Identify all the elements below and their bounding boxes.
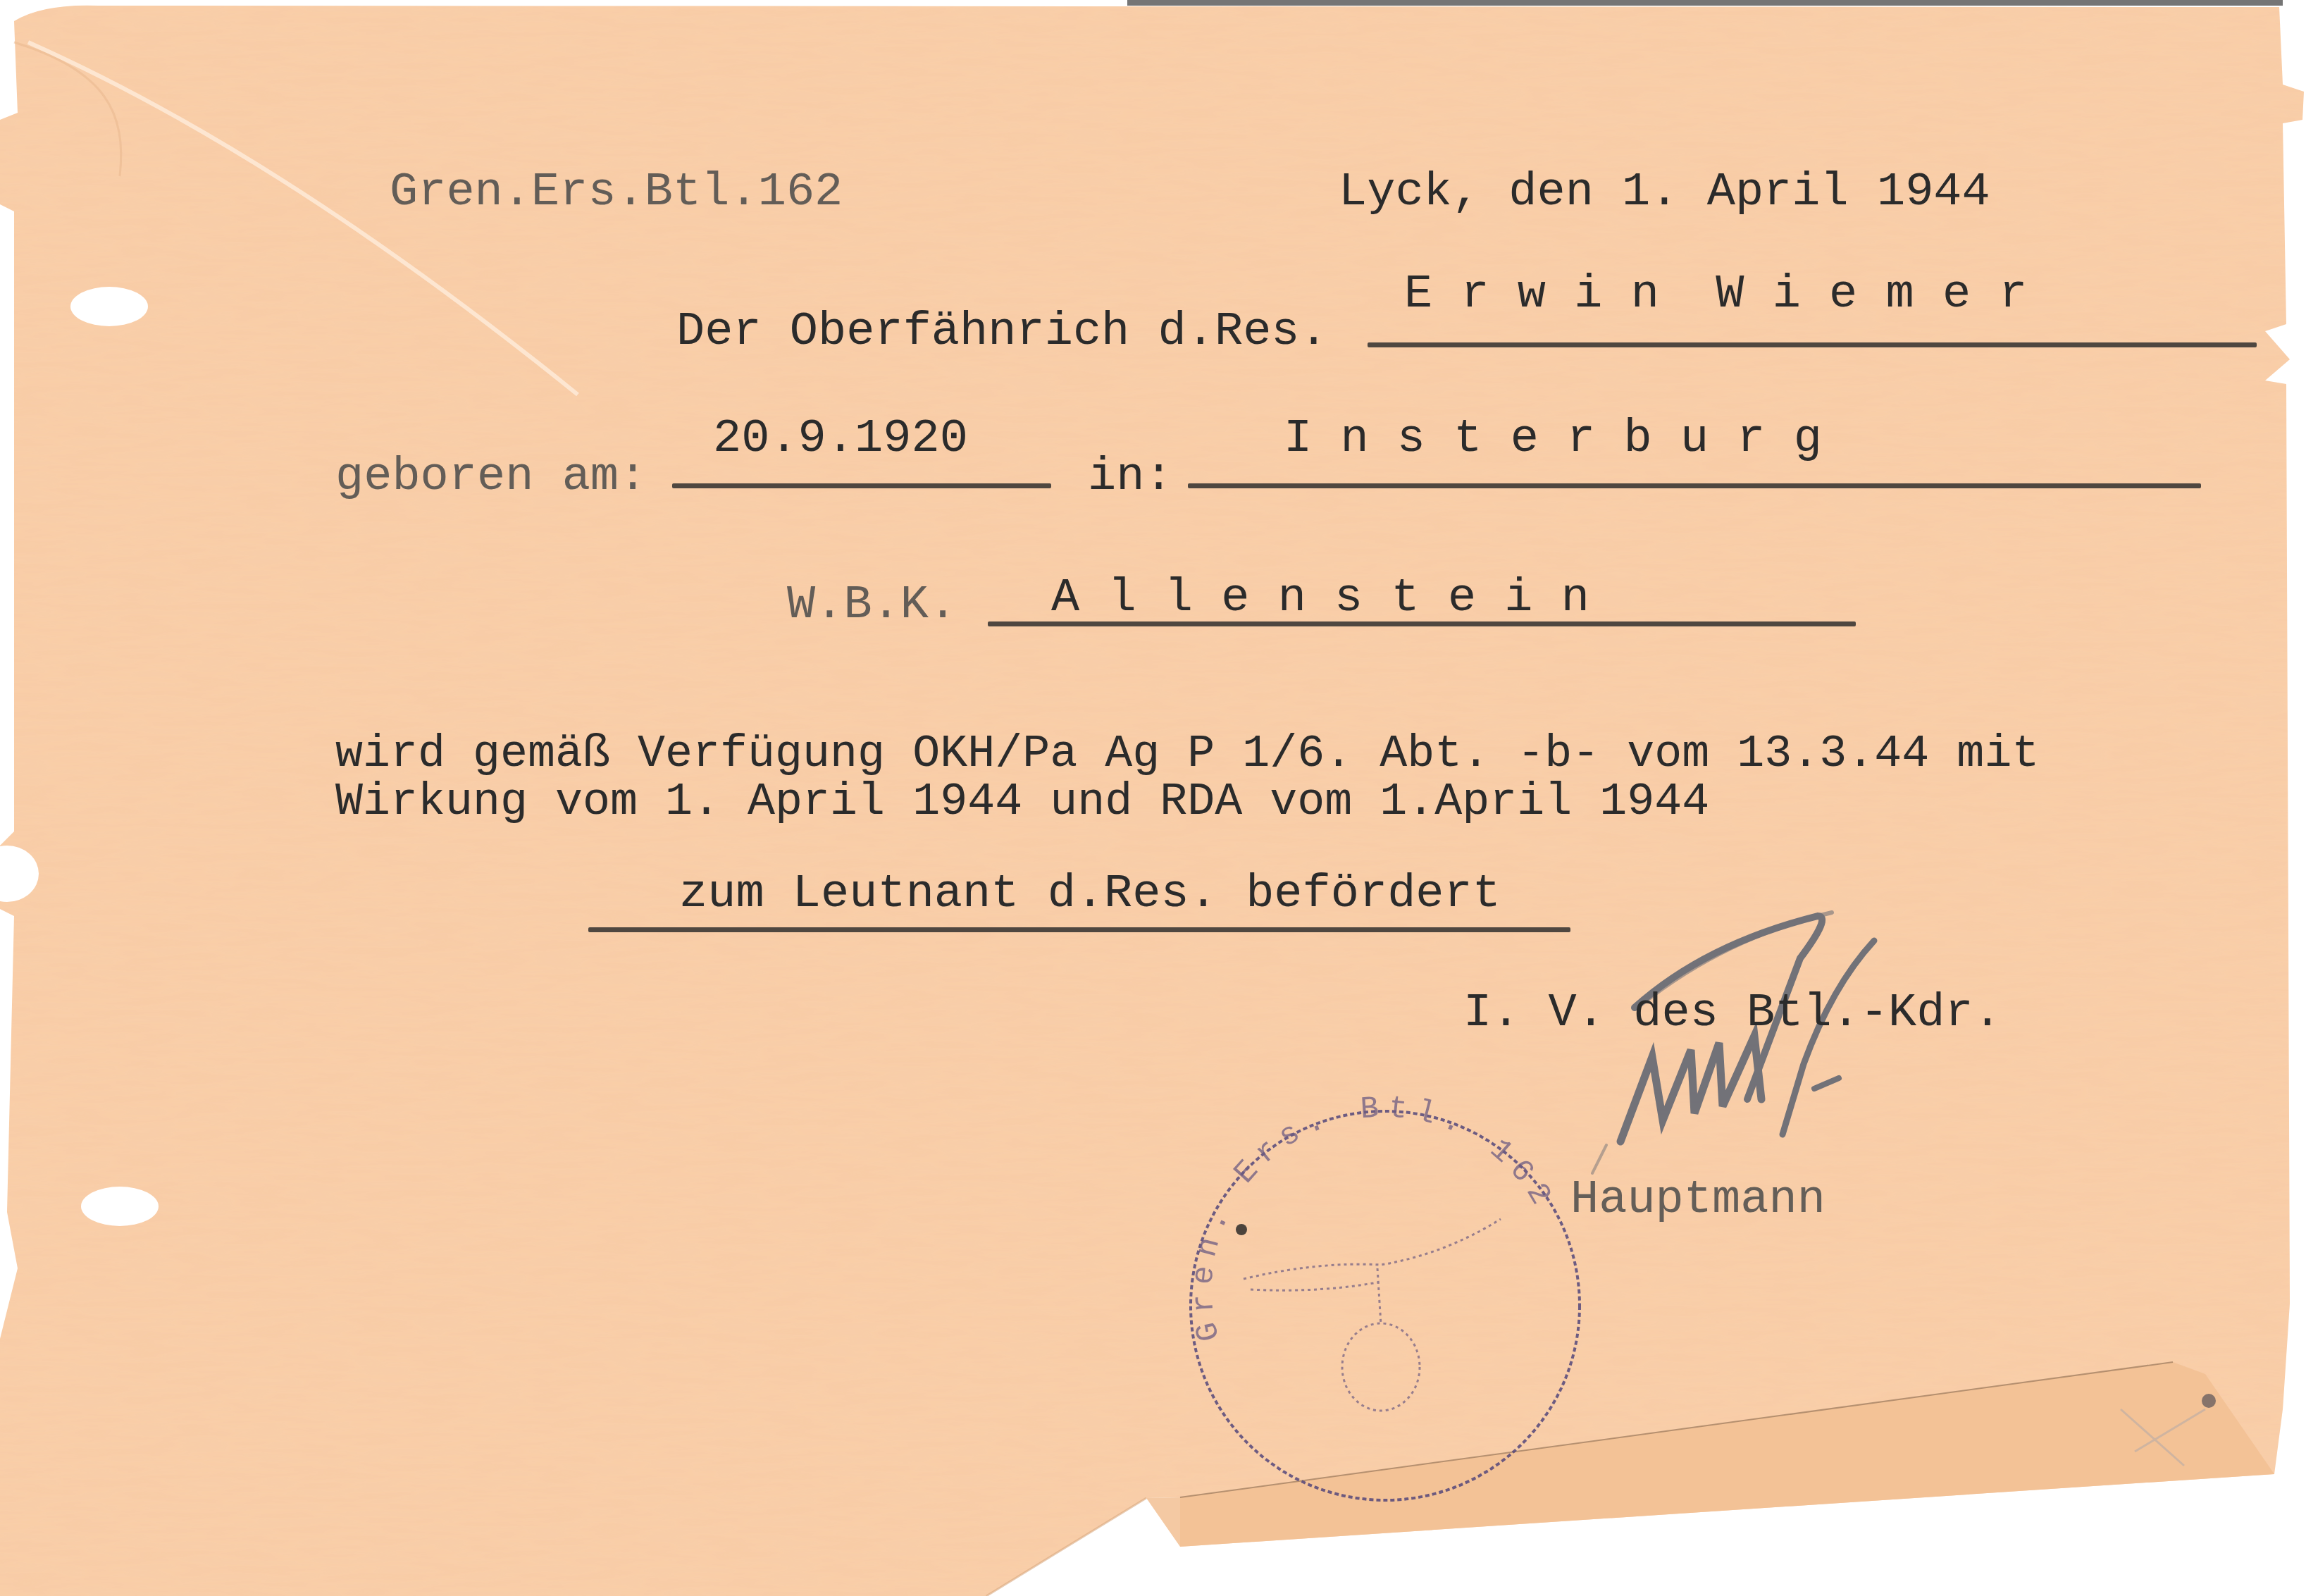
name-underline [1368, 342, 2257, 347]
name-value: E r w i n W i e m e r [1404, 271, 2028, 318]
place-and-date: Lyck, den 1. April 1944 [1339, 169, 1990, 216]
document-scan: Gren. Ers. Btl. 162 Gren.Ers.Btl.162 Lyc… [0, 0, 2306, 1596]
body-line-2: Wirkung vom 1. April 1944 und RDA vom 1.… [335, 779, 1709, 825]
promotion-statement: zum Leutnant d.Res. befördert [679, 871, 1501, 918]
promotion-underline [588, 927, 1570, 932]
punch-hole [70, 287, 148, 326]
birth-date-value: 20.9.1920 [713, 416, 968, 463]
signer-rank: Hauptmann [1570, 1177, 1825, 1224]
birth-place-underline [1188, 483, 2201, 488]
birth-place-value: I n s t e r b u r g [1284, 416, 1822, 463]
born-place-label: in: [1088, 454, 1173, 501]
wbk-label: W.B.K. [787, 582, 957, 629]
on-behalf-line: I. V. des Btl.-Kdr. [1463, 990, 2002, 1037]
rank-label: Der Oberfähnrich d.Res. [676, 309, 1328, 356]
birth-date-underline [672, 483, 1051, 488]
wbk-underline [988, 621, 1856, 626]
body-line-1: wird gemäß Verfügung OKH/Pa Ag P 1/6. Ab… [335, 731, 2039, 777]
wbk-value: A l l e n s t e i n [1051, 575, 1589, 622]
born-label: geboren am: [335, 454, 647, 501]
unit-designation: Gren.Ers.Btl.162 [390, 169, 843, 216]
punch-hole [81, 1187, 159, 1226]
